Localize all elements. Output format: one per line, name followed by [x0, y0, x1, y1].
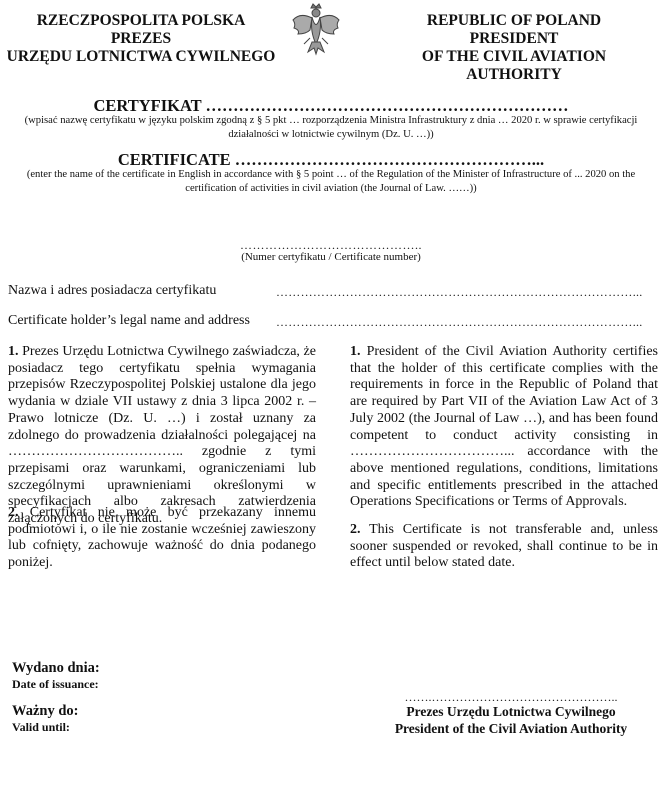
valid-label-pl: Ważny do: [12, 703, 78, 720]
certificate-number-label: (Numer certyfikatu / Certificate number) [0, 251, 662, 263]
holder-field-en: ……………………………………………………………………………... [276, 315, 643, 330]
certificate-title-en: CERTIFICATE ………………………………………………... [0, 150, 662, 170]
holder-label-en: Certificate holder’s legal name and addr… [8, 313, 250, 329]
certificate-note-pl-line2: działalności w lotnictwie cywilnym (Dz. … [10, 128, 652, 142]
clause-1-pl: 1. Prezes Urzędu Lotnictwa Cywilnego zaś… [8, 344, 316, 528]
header-authority-en: OF THE CIVIL AVIATION AUTHORITY [376, 48, 652, 84]
signatory-en: President of the Civil Aviation Authorit… [360, 721, 662, 737]
issued-label-pl: Wydano dnia: [12, 660, 100, 677]
signatory-pl: Prezes Urzędu Lotnictwa Cywilnego [360, 704, 662, 720]
valid-label-en: Valid until: [12, 720, 70, 735]
header-president-en: PRESIDENT [376, 30, 652, 48]
header-president-pl: PREZES [0, 30, 282, 48]
clause-1-en: 1. President of the Civil Aviation Autho… [350, 344, 658, 511]
certificate-note-pl-line1: (wpisać nazwę certyfikatu w języku polsk… [10, 114, 652, 128]
polish-eagle-icon [288, 2, 344, 58]
header-authority-pl: URZĘDU LOTNICTWA CYWILNEGO [0, 48, 282, 66]
clause-2-pl-text: Certyfikat nie może być przekazany innem… [8, 505, 316, 570]
clause-2-pl: 2. Certyfikat nie może być przekazany in… [8, 505, 316, 572]
clause-1-en-number: 1. [350, 344, 361, 359]
header-right-block: REPUBLIC OF POLAND PRESIDENT OF THE CIVI… [376, 12, 652, 84]
clause-2-pl-number: 2. [8, 505, 19, 520]
signature-line: …….……………………………………….. [360, 690, 662, 705]
certificate-note-en: (enter the name of the certificate in En… [10, 168, 652, 196]
certificate-note-en-line2: certification of activities in civil avi… [10, 182, 652, 196]
clause-1-en-text: President of the Civil Aviation Authorit… [350, 344, 658, 509]
header-left-block: RZECZPOSPOLITA POLSKA PREZES URZĘDU LOTN… [0, 12, 282, 66]
clause-2-en: 2. This Certificate is not transferable … [350, 522, 658, 572]
holder-label-pl: Nazwa i adres posiadacza certyfikatu [8, 283, 216, 299]
certificate-title-pl: CERTYFIKAT ………………………………………………………… [0, 96, 662, 116]
clause-2-en-number: 2. [350, 522, 361, 537]
clause-1-pl-number: 1. [8, 344, 19, 359]
clause-2-en-text: This Certificate is not transferable and… [350, 522, 658, 570]
certificate-note-en-line1: (enter the name of the certificate in En… [10, 168, 652, 182]
header-country-en: REPUBLIC OF POLAND [376, 12, 652, 30]
issued-label-en: Date of issuance: [12, 677, 99, 692]
clause-1-pl-text: Prezes Urzędu Lotnictwa Cywilnego zaświa… [8, 344, 316, 526]
certificate-note-pl: (wpisać nazwę certyfikatu w języku polsk… [10, 114, 652, 142]
header-country-pl: RZECZPOSPOLITA POLSKA [0, 12, 282, 30]
holder-field-pl: ……………………………………………………………………………... [276, 285, 643, 300]
